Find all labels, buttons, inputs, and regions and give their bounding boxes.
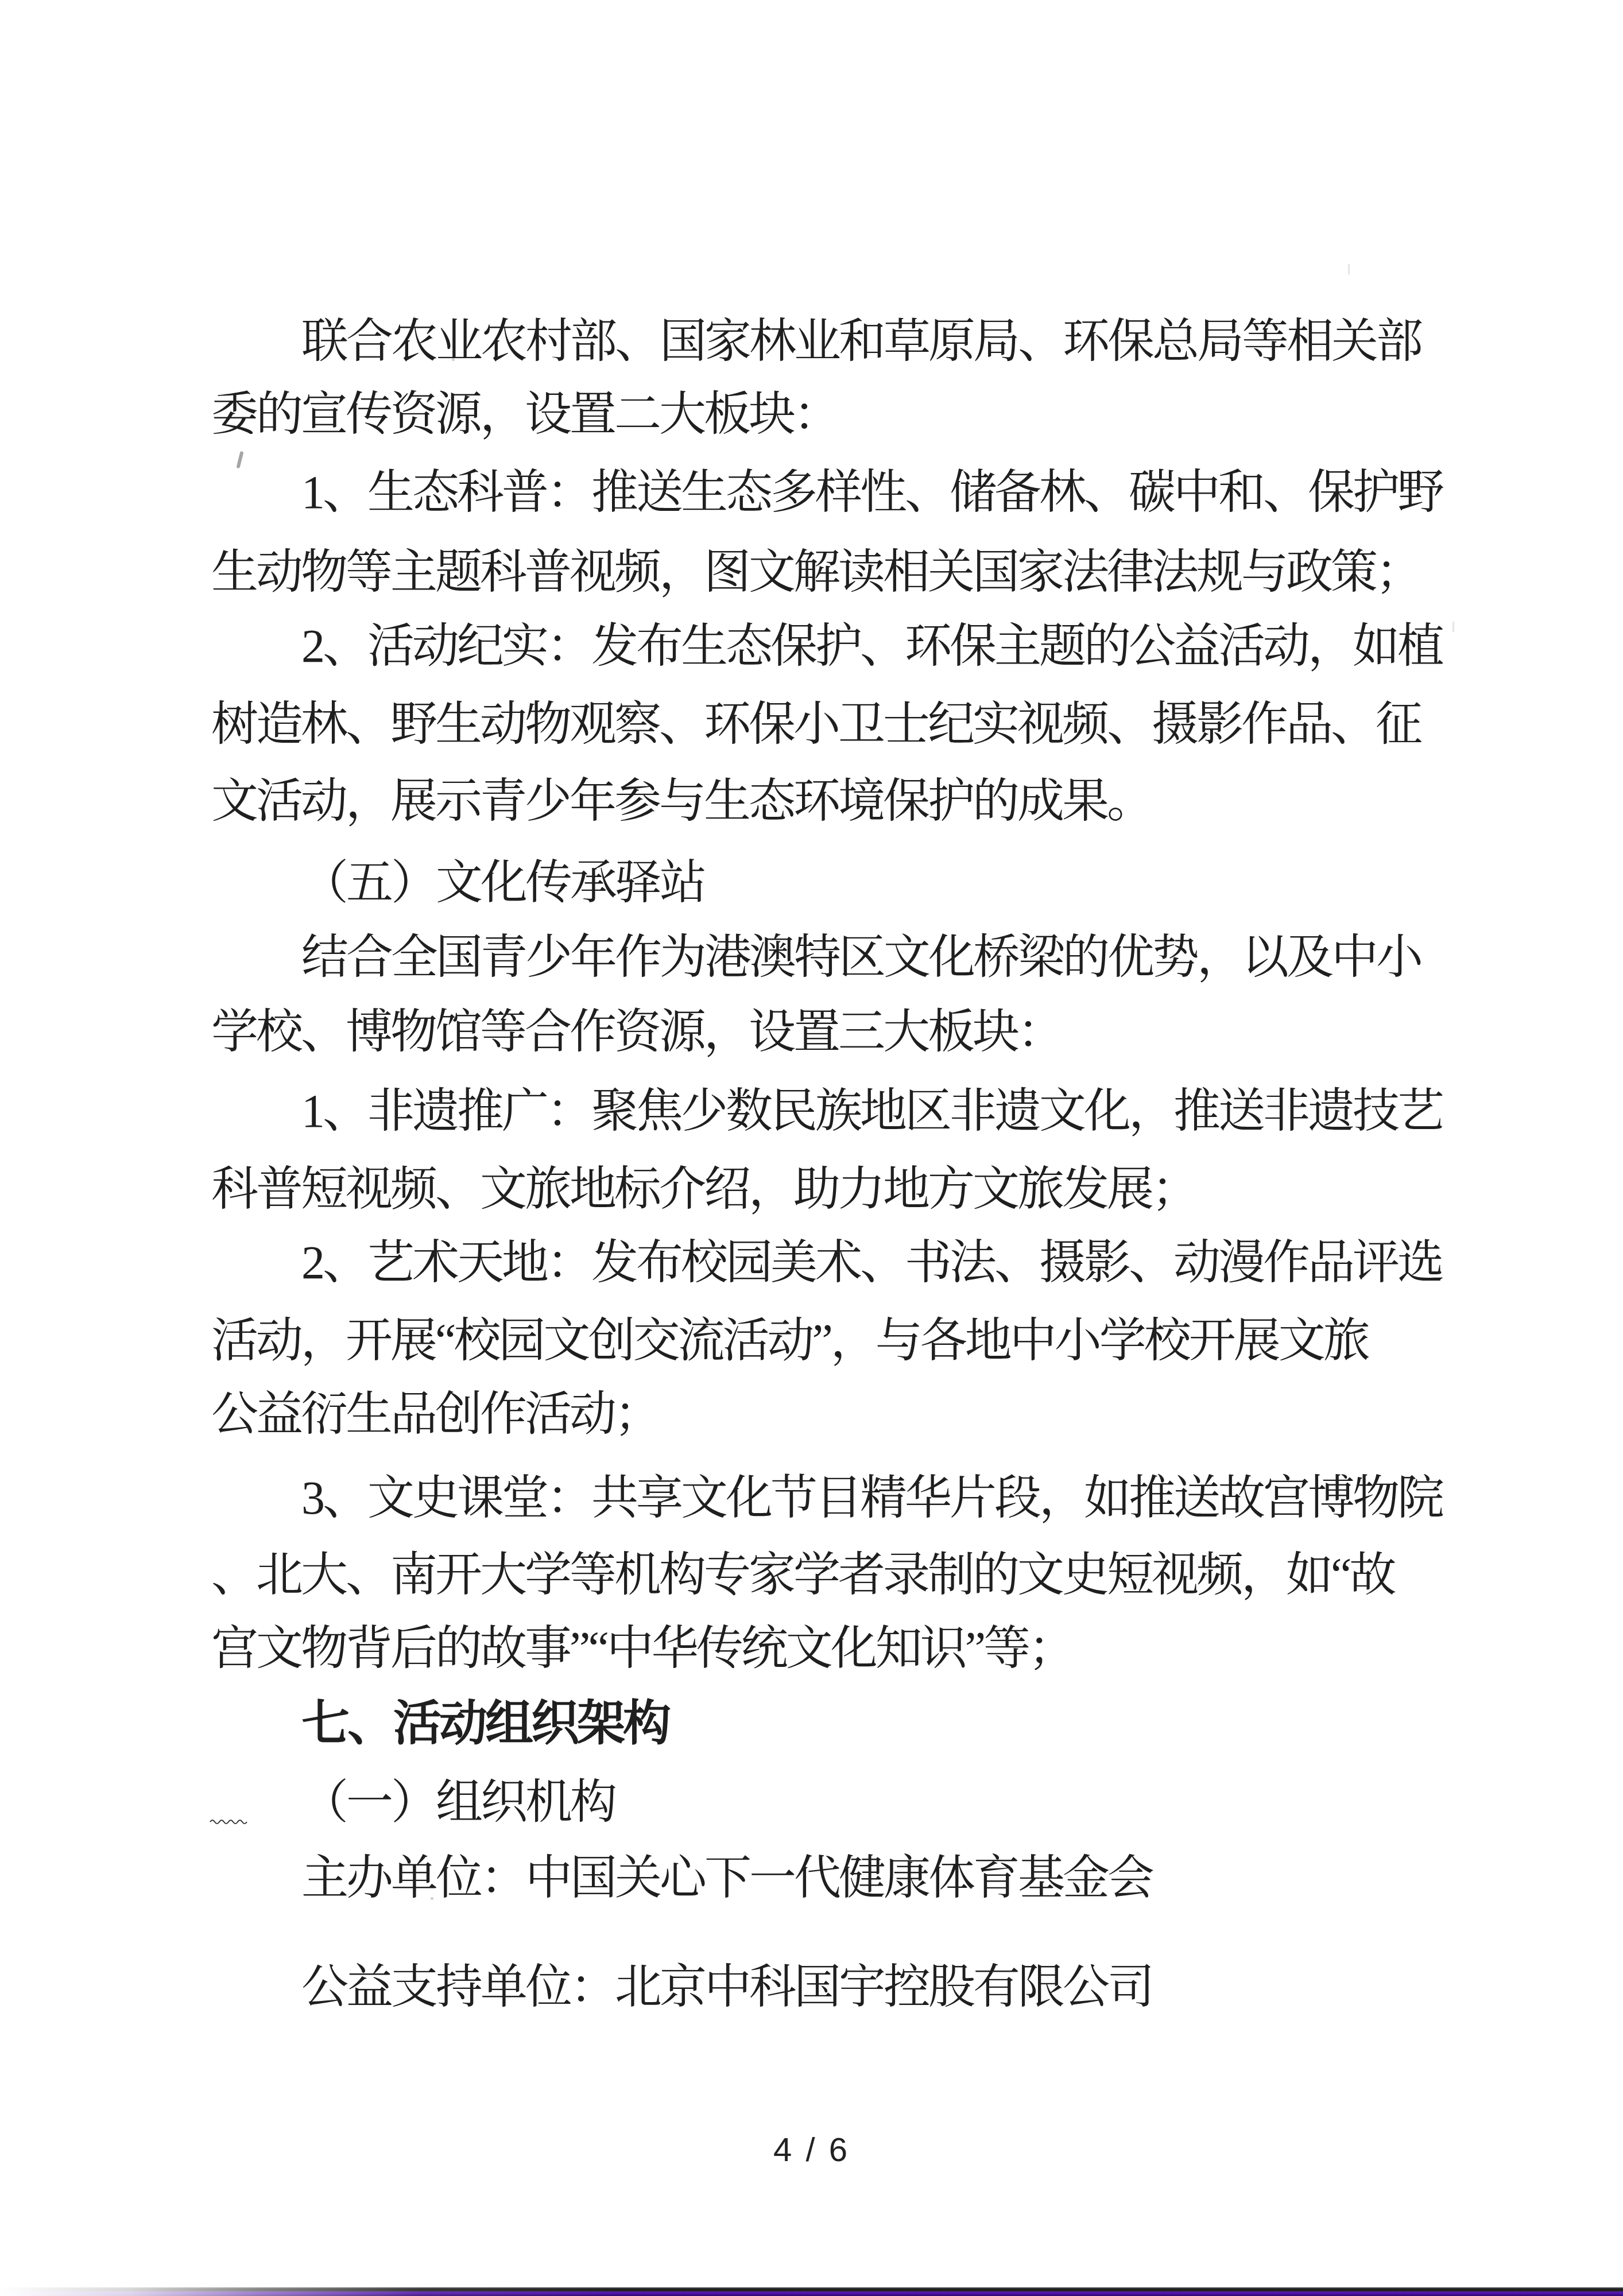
text-line: 、北大、南开大学等机构专家学者录制的文史短视频，如“故 [211, 1537, 1434, 1613]
text-line: 树造林、野生动物观察、环保小卫士纪实视频、摄影作品、征 [211, 687, 1434, 762]
text-line: 联合农业农村部、国家林业和草原局、环保总局等相关部 [211, 304, 1524, 379]
text-line: 1、非遗推广：聚焦少数民族地区非遗文化，推送非遗技艺 [211, 1073, 1524, 1149]
scan-speck [1348, 264, 1350, 274]
text-line: 主办单位：中国关心下一代健康体育基金会 [211, 1840, 1524, 1916]
section-heading: 七、活动组织架构 [211, 1685, 1524, 1761]
text-line: 公益衍生品创作活动； [211, 1376, 1434, 1452]
scan-speck [1452, 622, 1454, 632]
text-line: 2、活动纪实：发布生态保护、环保主题的公益活动，如植 [211, 608, 1524, 684]
text-line: 宫文物背后的故事”“中华传统文化知识”等； [211, 1611, 1434, 1686]
text-line: 3、文史课堂：共享文化节目精华片段，如推送故宫博物院 [211, 1460, 1524, 1536]
text-line: 1、生态科普：推送生态多样性、储备林、碳中和、保护野 [211, 455, 1524, 530]
text-line: 结合全国青少年作为港澳特区文化桥梁的优势，以及中小 [211, 920, 1524, 995]
scanned-document-page: 联合农业农村部、国家林业和草原局、环保总局等相关部 委的宣传资源，设置二大板块：… [0, 0, 1623, 2296]
page-number: 4 / 6 [0, 2131, 1623, 2169]
text-line: 学校、博物馆等合作资源，设置三大板块： [211, 994, 1434, 1070]
section-subheading: （一）组织机构 [211, 1764, 1524, 1840]
text-line: 公益支持单位：北京中科国宇控股有限公司 [211, 1949, 1524, 2025]
text-line: 活动，开展“校园文创交流活动”，与各地中小学校开展文旅 [211, 1303, 1434, 1379]
margin-squiggle-mark [209, 1817, 249, 1826]
scan-speck [452, 358, 455, 361]
text-line: 科普短视频、文旅地标介绍，助力地方文旅发展； [211, 1151, 1434, 1227]
scan-speck [431, 1897, 433, 1900]
scanner-edge-artifact [0, 2287, 1623, 2296]
text-line: 委的宣传资源，设置二大板块： [211, 377, 1434, 452]
text-line: 生动物等主题科普视频，图文解读相关国家法律法规与政策； [211, 534, 1434, 610]
section-subheading: （五）文化传承驿站 [211, 845, 1524, 921]
text-line: 文活动，展示青少年参与生态环境保护的成果。 [211, 763, 1434, 839]
text-line: 2、艺术天地：发布校园美术、书法、摄影、动漫作品评选 [211, 1225, 1524, 1301]
